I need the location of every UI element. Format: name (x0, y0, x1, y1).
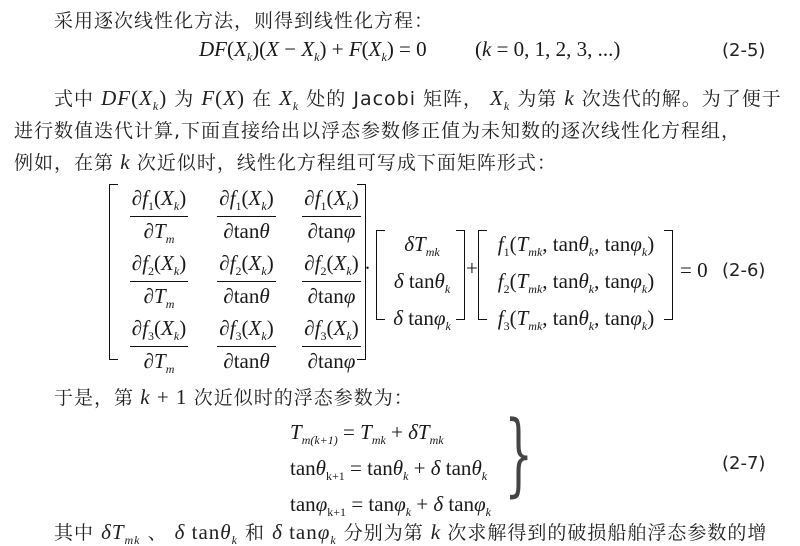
intro-text: 采用逐次线性化方法，则得到线性化方程： (54, 6, 434, 33)
dot-operator: · (364, 256, 371, 281)
equation-number-2-7: (2-7) (722, 453, 765, 474)
increment-description: 其中 δTmk 、 δ tanθk 和 δ tanφk 分别为第 k 次求解得到… (54, 518, 767, 546)
equation-number-2-6: (2-6) (722, 260, 765, 281)
jacobi-description-line1: 式中 DF(Xk) 为 F(X) 在 Xk 处的 Jacobi 矩阵， Xk 为… (54, 84, 782, 114)
function-vector: f1(Tmk, tanθk, tanφk) f2(Tmk, tanθk, tan… (486, 230, 666, 341)
jacobi-description-line3: 例如，在第 k 次近似时，线性化方程组可写成下面矩阵形式： (14, 148, 557, 175)
right-brace: } (504, 402, 533, 507)
equals-zero: = 0 (680, 258, 708, 283)
equation-number-2-5: (2-5) (722, 40, 765, 61)
equation-2-5-condition: (k = 0, 1, 2, 3, ...) (475, 37, 620, 62)
next-iteration-text: 于是，第 k + 1 次近似时的浮态参数为： (54, 383, 414, 410)
plus-operator: + (466, 256, 478, 281)
jacobi-description-line2: 进行数值迭代计算,下面直接给出以浮态参数修正值为未知数的逐次线性化方程组， (14, 116, 741, 143)
equation-2-7: Tm(k+1) = Tmk + δTmk tanθk+1 = tanθk + δ… (290, 418, 491, 526)
jacobian-matrix: ∂f1(Xk)∂Tm ∂f1(Xk)∂tanθ ∂f1(Xk)∂tanφ ∂f2… (114, 186, 374, 377)
increment-vector: δTmk δ tanθk δ tanφk (384, 230, 460, 341)
equation-2-5: DF(Xk)(X − Xk) + F(Xk) = 0 (199, 37, 427, 65)
